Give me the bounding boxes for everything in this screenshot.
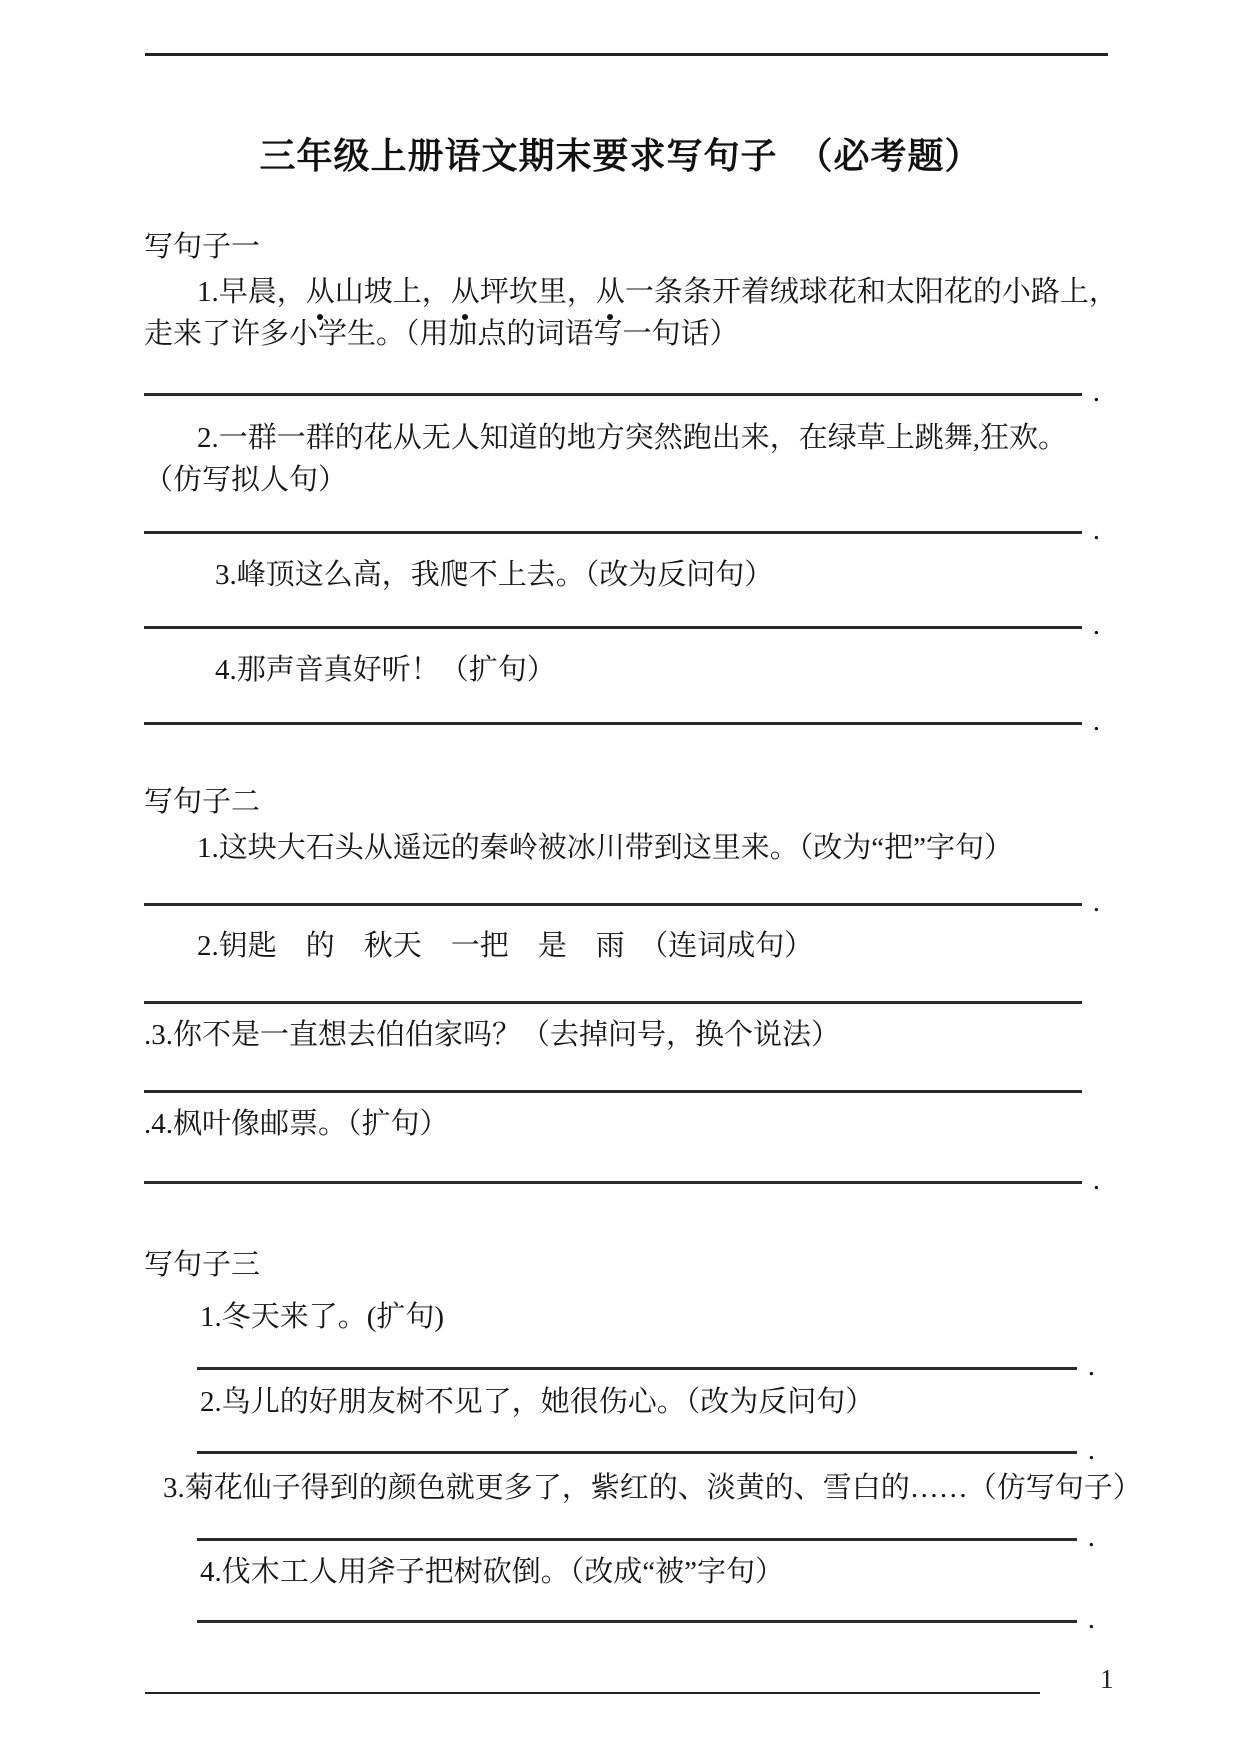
blank-end-dot: . <box>1088 1445 1095 1455</box>
document-page: 三年级上册语文期末要求写句子 （必考题） 写句子一 1.早晨，从山坡上，从坪坎里… <box>0 0 1241 1754</box>
section-heading: 写句子一 <box>144 226 260 268</box>
blank-end-dot: . <box>1088 1614 1095 1624</box>
answer-blank: . <box>197 1538 1077 1541</box>
question-text: （仿写拟人句） <box>144 459 347 501</box>
answer-blank: . <box>197 1367 1077 1370</box>
question-text: 3.菊花仙子得到的颜色就更多了，紫红的、淡黄的、雪白的……（仿写句子） <box>163 1467 1142 1509</box>
question-text: 1.冬天来了。(扩句) <box>200 1296 444 1338</box>
header-rule <box>145 53 1108 56</box>
answer-blank: . <box>144 1181 1082 1184</box>
answer-blank: . <box>144 903 1082 906</box>
question-text: .3.你不是一直想去伯伯家吗？（去掉问号，换个说法） <box>144 1014 840 1056</box>
answer-blank: . <box>144 393 1082 396</box>
blank-end-dot: . <box>1093 387 1100 397</box>
answer-blank: . <box>144 626 1082 629</box>
section-heading: 写句子二 <box>144 781 260 823</box>
blank-end-dot: . <box>1093 525 1100 535</box>
question-text: 4.那声音真好听！（扩句） <box>215 649 556 691</box>
blank-end-dot: . <box>1088 1361 1095 1371</box>
answer-blank: . <box>197 1620 1077 1623</box>
emphasized-char: 从 <box>306 271 335 313</box>
blank-end-dot: . <box>1093 1175 1100 1185</box>
page-number: 1 <box>1100 1664 1114 1695</box>
answer-blank: . <box>197 1451 1077 1454</box>
section-heading: 写句子三 <box>144 1244 260 1286</box>
emphasized-char: 从 <box>596 271 625 313</box>
question-text: 4.伐木工人用斧子把树砍倒。（改成“被”字句） <box>200 1551 784 1593</box>
blank-end-dot: . <box>1093 716 1100 726</box>
emphasized-char: 从 <box>451 271 480 313</box>
question-text: 2.钥匙 的 秋天 一把 是 雨 （连词成句） <box>197 925 813 967</box>
question-text: 走来了许多小学生。（用加点的词语写一句话） <box>144 313 739 355</box>
question-text: .4.枫叶像邮票。（扩句） <box>144 1103 449 1145</box>
answer-blank: . <box>144 531 1082 534</box>
blank-end-dot: . <box>1093 620 1100 630</box>
blank-end-dot: . <box>1088 1532 1095 1542</box>
blank-end-dot: . <box>1093 897 1100 907</box>
question-text: 2.鸟儿的好朋友树不见了，她很伤心。（改为反问句） <box>200 1381 874 1423</box>
question-text: 3.峰顶这么高，我爬不上去。（改为反问句） <box>215 554 773 596</box>
answer-blank <box>144 1001 1082 1004</box>
answer-blank <box>144 1090 1082 1093</box>
question-text: 1.早晨，从山坡上，从坪坎里，从一条条开着绒球花和太阳花的小路上， <box>197 271 1118 313</box>
question-text: 2.一群一群的花从无人知道的地方突然跑出来，在绿草上跳舞,狂欢。 <box>197 417 1067 459</box>
footer-rule <box>145 1692 1040 1694</box>
answer-blank: . <box>144 722 1082 725</box>
question-text: 1.这块大石头从遥远的秦岭被冰川带到这里来。（改为“把”字句） <box>197 827 1013 869</box>
page-title: 三年级上册语文期末要求写句子 （必考题） <box>0 128 1241 179</box>
